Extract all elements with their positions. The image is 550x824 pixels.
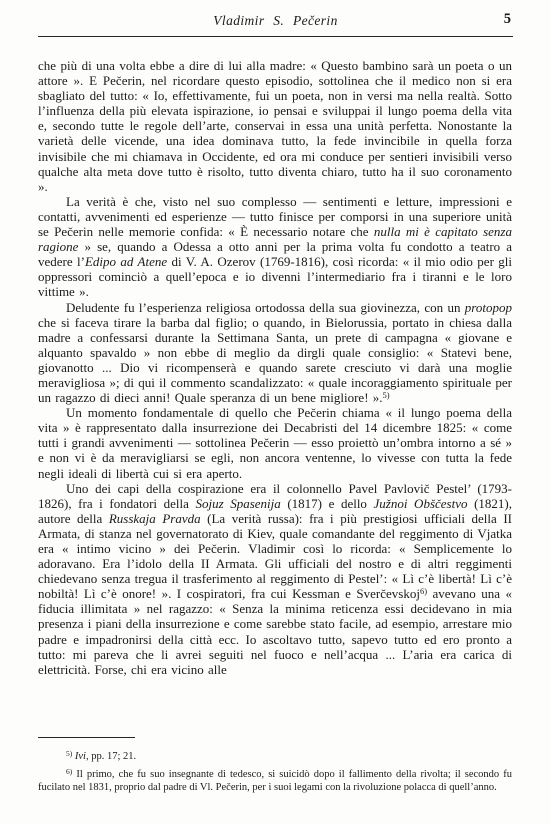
footnote-ref-5: 5) — [383, 390, 390, 400]
page-number: 5 — [504, 11, 511, 28]
paragraph-1-text: che più di una volta ebbe a dire di lui … — [38, 58, 512, 194]
footnote-5-marker: 5) — [66, 749, 72, 758]
footnote-ref-6: 6) — [420, 586, 427, 596]
page-header: Vladimir S. Pečerin 5 — [38, 0, 513, 32]
paragraph-1: che più di una volta ebbe a dire di lui … — [38, 58, 512, 194]
paragraph-4: Un momento fondamentale di quello che Pe… — [38, 405, 512, 480]
paragraph-4-text: Un momento fondamentale di quello che Pe… — [38, 405, 512, 480]
header-rule — [38, 36, 513, 37]
paragraph-5-text: (1817) e dello — [281, 496, 374, 511]
paragraph-5: Uno dei capi della cospirazione era il c… — [38, 481, 512, 677]
paragraph-3-text: Deludente fu l’esperienza religiosa orto… — [66, 300, 465, 315]
foreign-term-italic: protopop — [465, 300, 512, 315]
book-page: Vladimir S. Pečerin 5 che più di una vol… — [0, 0, 550, 824]
footnotes: 5) Ivi, pp. 17; 21. 6) Il primo, che fu … — [38, 750, 512, 795]
footnote-5: 5) Ivi, pp. 17; 21. — [38, 750, 512, 763]
body-text: che più di una volta ebbe a dire di lui … — [38, 58, 512, 734]
footnote-5-text: , pp. 17; 21. — [86, 751, 136, 762]
footnote-6-text: Il primo, che fu suo insegnante di tedes… — [38, 769, 512, 793]
work-title-italic: Russkaja Pravda — [109, 511, 201, 526]
paragraph-3-text: che si faceva tirare la barba dal figlio… — [38, 315, 512, 405]
work-title-italic: Sojuz Spasenija — [195, 496, 280, 511]
paragraph-3: Deludente fu l’esperienza religiosa orto… — [38, 300, 512, 406]
footnote-separator — [38, 737, 135, 738]
footnote-6: 6) Il primo, che fu suo insegnante di te… — [38, 768, 512, 794]
paragraph-2: La verità è che, visto nel suo complesso… — [38, 194, 512, 300]
work-title-italic: Edipo ad Atene — [85, 254, 167, 269]
running-title: Vladimir S. Pečerin — [38, 13, 513, 29]
work-title-italic: Južnoi Obščestvo — [374, 496, 468, 511]
footnote-6-marker: 6) — [66, 767, 72, 776]
footnote-5-source-italic: Ivi — [75, 751, 86, 762]
